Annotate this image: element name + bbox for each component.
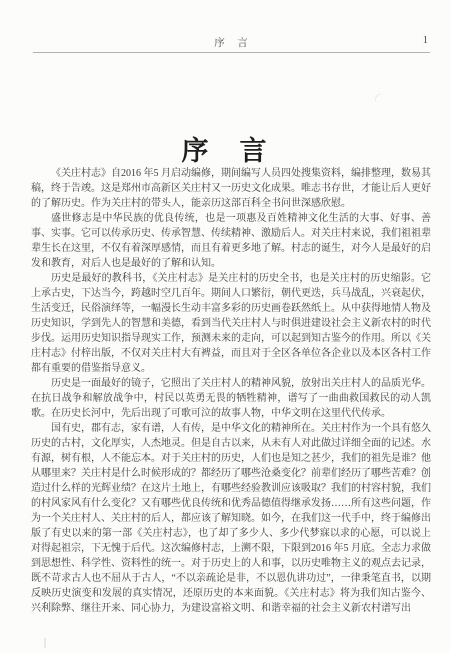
header-divider bbox=[33, 52, 430, 53]
paragraph: 《关庄村志》自2016 年5 月启动编修，期间编写人员四处搜集资料，编排整理，数… bbox=[31, 166, 431, 211]
book-page: 序 言 1 序 言 《关庄村志》自2016 年5 月启动编修，期间编写人员四处搜… bbox=[0, 0, 450, 653]
running-title: 序 言 bbox=[33, 35, 430, 50]
paragraph: 历史是最好的教科书，《关庄村志》是关庄村的历史全书，也是关庄村的历史缩影。它上承… bbox=[31, 271, 431, 376]
preface-body: 《关庄村志》自2016 年5 月启动编修，期间编写人员四处搜集资料，编排整理，数… bbox=[31, 166, 431, 616]
paragraph: 国有史，郡有志，家有谱，人有传，是中华文化的精神所在。关庄村作为一个具有悠久历史… bbox=[31, 421, 431, 616]
scan-artifact bbox=[373, 92, 389, 108]
paragraph: 盛世修志是中华民族的优良传统，也是一项惠及百姓精神文化生活的大事、好事、善事、实… bbox=[31, 211, 431, 271]
scan-artifact bbox=[44, 638, 46, 648]
paragraph: 历史是一面最好的镜子，它照出了关庄村人的精神风貌，放射出关庄村人的品质光华。在抗… bbox=[31, 376, 431, 421]
page-number: 1 bbox=[423, 35, 428, 46]
page-header: 序 言 1 bbox=[33, 31, 430, 52]
preface-title: 序 言 bbox=[0, 129, 450, 168]
